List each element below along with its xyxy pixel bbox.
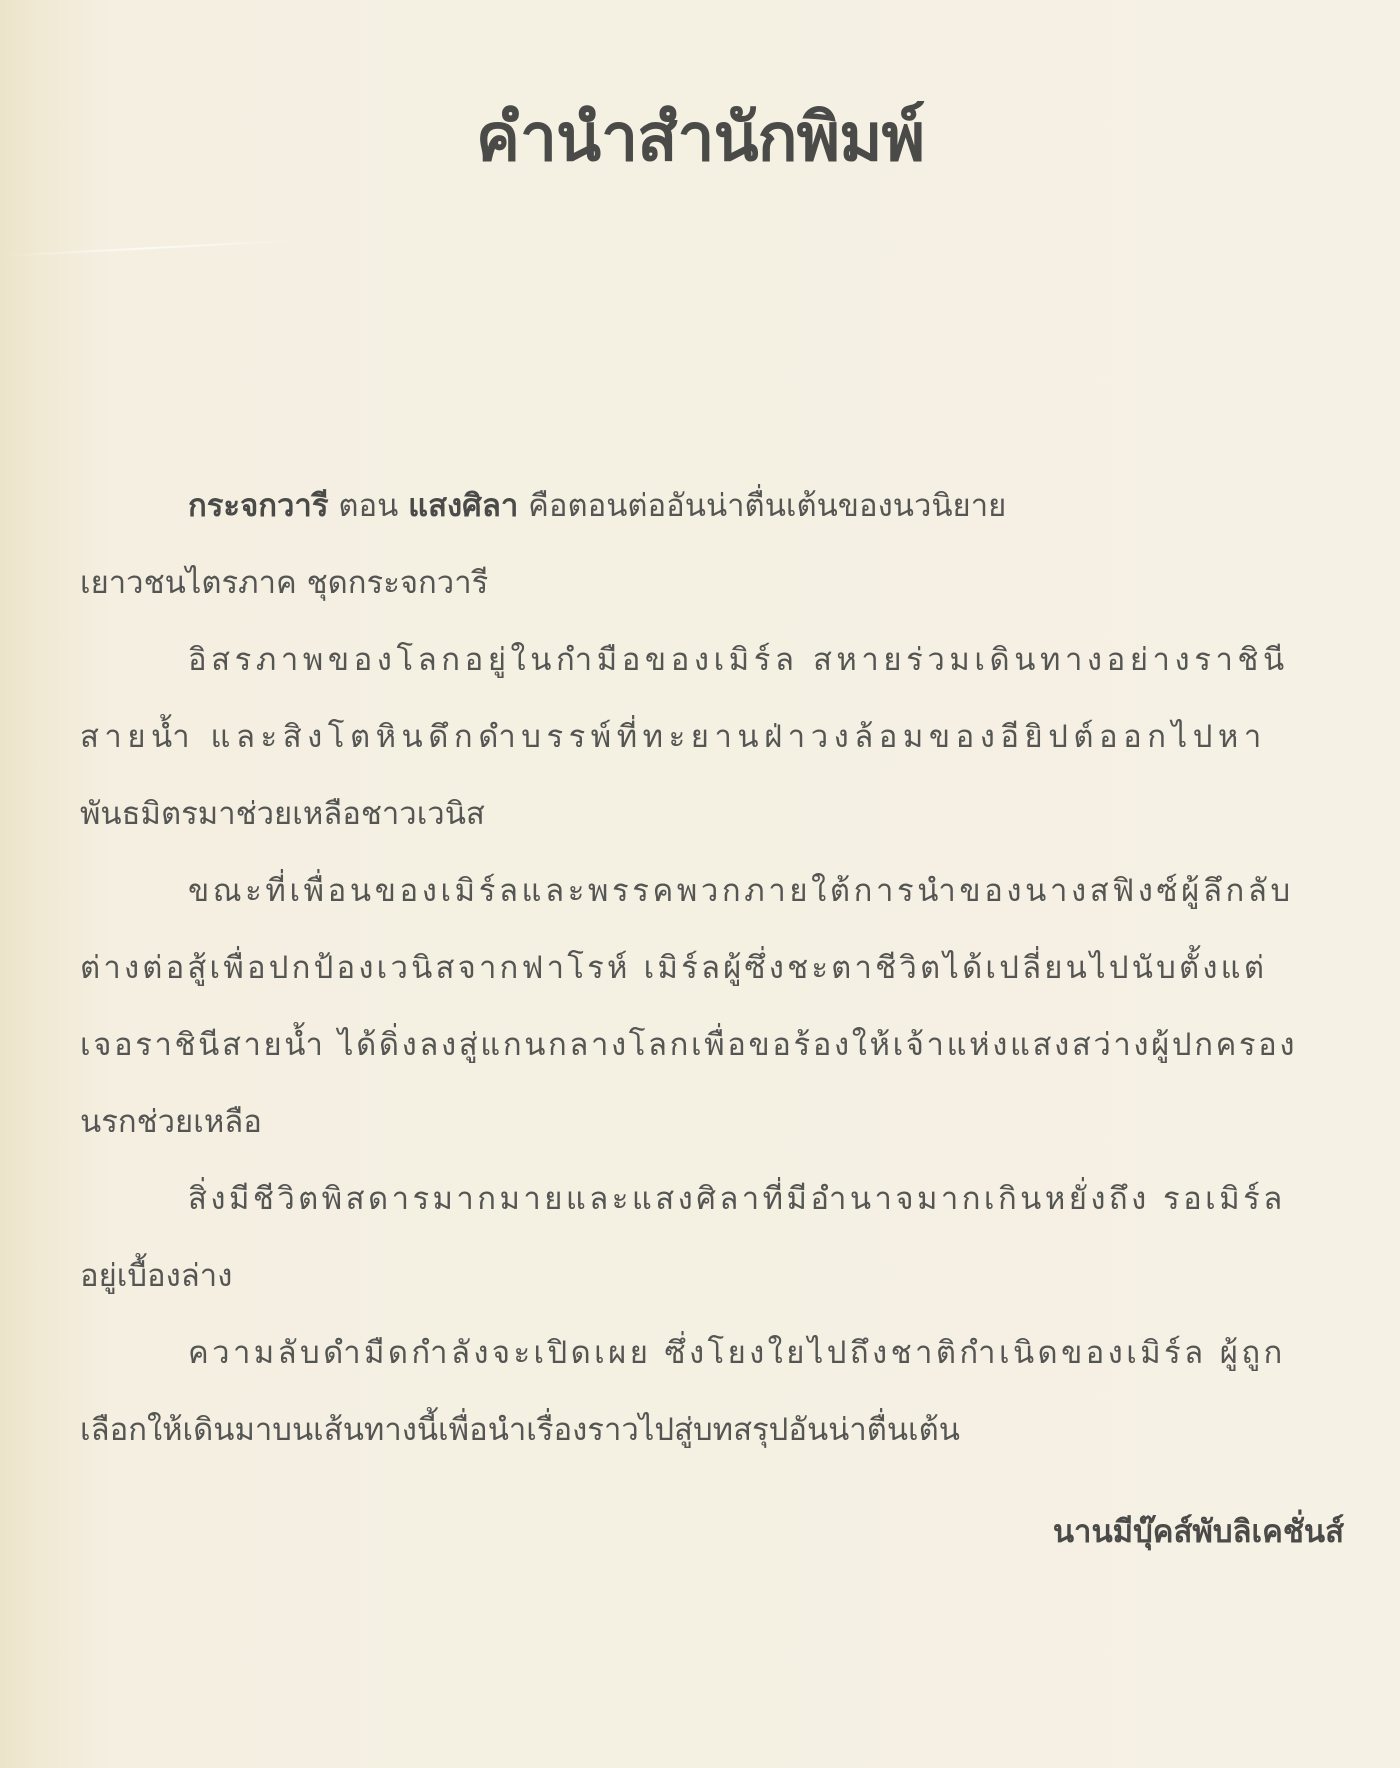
line-content: ต่างต่อสู้เพื่อปกป้องเวนิสจากฟาโรห์ เมิร… xyxy=(80,930,1267,1007)
line-content: อิสรภาพของโลกอยู่ในกำมือของเมิร์ล สหายร่… xyxy=(188,622,1289,699)
text-line: กระจกวารี ตอน แสงศิลา คือตอนต่ออันน่าตื่… xyxy=(80,468,1344,545)
paragraph: ขณะที่เพื่อนของเมิร์ลและพรรคพวกภายใต้การ… xyxy=(80,853,1344,1161)
page-title: คำนำสำนักพิมพ์ xyxy=(0,92,1400,182)
line-content: สิ่งมีชีวิตพิสดารมากมายและแสงศิลาที่มีอำ… xyxy=(188,1161,1286,1238)
body-text: สิ่งมีชีวิตพิสดารมากมายและแสงศิลาที่มีอำ… xyxy=(188,1181,1286,1217)
text-line: สายน้ำ และสิงโตหินดึกดำบรรพ์ที่ทะยานฝ่าว… xyxy=(80,699,1344,776)
text-line: เลือกให้เดินมาบนเส้นทางนี้เพื่อนำเรื่องร… xyxy=(80,1392,1344,1469)
paragraph: กระจกวารี ตอน แสงศิลา คือตอนต่ออันน่าตื่… xyxy=(80,468,1344,622)
body-text: ต่างต่อสู้เพื่อปกป้องเวนิสจากฟาโรห์ เมิร… xyxy=(80,950,1267,986)
text-line: พันธมิตรมาช่วยเหลือชาวเวนิส xyxy=(80,776,1344,853)
text-line: ความลับดำมืดกำลังจะเปิดเผย ซึ่งโยงใยไปถึ… xyxy=(80,1315,1344,1392)
body-text: ความลับดำมืดกำลังจะเปิดเผย ซึ่งโยงใยไปถึ… xyxy=(188,1335,1286,1371)
paragraph: อิสรภาพของโลกอยู่ในกำมือของเมิร์ล สหายร่… xyxy=(80,622,1344,853)
text-line: สิ่งมีชีวิตพิสดารมากมายและแสงศิลาที่มีอำ… xyxy=(80,1161,1344,1238)
line-content: เยาวชนไตรภาค ชุดกระจกวารี xyxy=(80,545,488,622)
publisher-signature: นานมีบุ๊คส์พับลิเคชั่นส์ xyxy=(1053,1502,1344,1562)
line-content: เจอราชินีสายน้ำ ได้ดิ่งลงสู่แกนกลางโลกเพ… xyxy=(80,1007,1297,1084)
bold-title-text: กระจกวารี xyxy=(188,488,328,524)
text-line: ต่างต่อสู้เพื่อปกป้องเวนิสจากฟาโรห์ เมิร… xyxy=(80,930,1344,1007)
text-line: เจอราชินีสายน้ำ ได้ดิ่งลงสู่แกนกลางโลกเพ… xyxy=(80,1007,1344,1084)
body-text: เยาวชนไตรภาค ชุดกระจกวารี xyxy=(80,565,488,601)
line-content: เลือกให้เดินมาบนเส้นทางนี้เพื่อนำเรื่องร… xyxy=(80,1392,960,1469)
body-text: สายน้ำ และสิงโตหินดึกดำบรรพ์ที่ทะยานฝ่าว… xyxy=(80,719,1267,755)
text-line: นรกช่วยเหลือ xyxy=(80,1084,1344,1161)
body-text: เจอราชินีสายน้ำ ได้ดิ่งลงสู่แกนกลางโลกเพ… xyxy=(80,1027,1297,1063)
body-text: นรกช่วยเหลือ xyxy=(80,1104,262,1140)
paragraph: สิ่งมีชีวิตพิสดารมากมายและแสงศิลาที่มีอำ… xyxy=(80,1161,1344,1315)
text-line: อยู่เบื้องล่าง xyxy=(80,1238,1344,1315)
line-content: ขณะที่เพื่อนของเมิร์ลและพรรคพวกภายใต้การ… xyxy=(188,853,1294,930)
line-content: พันธมิตรมาช่วยเหลือชาวเวนิส xyxy=(80,776,485,853)
line-content: อยู่เบื้องล่าง xyxy=(80,1238,232,1315)
line-content: นรกช่วยเหลือ xyxy=(80,1084,262,1161)
body-text: ขณะที่เพื่อนของเมิร์ลและพรรคพวกภายใต้การ… xyxy=(188,873,1294,909)
text-line: เยาวชนไตรภาค ชุดกระจกวารี xyxy=(80,545,1344,622)
body-text: อยู่เบื้องล่าง xyxy=(80,1258,232,1294)
foreword-body: กระจกวารี ตอน แสงศิลา คือตอนต่ออันน่าตื่… xyxy=(80,468,1344,1469)
body-text: อิสรภาพของโลกอยู่ในกำมือของเมิร์ล สหายร่… xyxy=(188,642,1289,678)
line-content: กระจกวารี ตอน แสงศิลา คือตอนต่ออันน่าตื่… xyxy=(188,468,1006,545)
text-line: อิสรภาพของโลกอยู่ในกำมือของเมิร์ล สหายร่… xyxy=(80,622,1344,699)
bold-title-text: แสงศิลา xyxy=(408,488,518,524)
body-text: คือตอนต่ออันน่าตื่นเต้นของนวนิยาย xyxy=(518,488,1006,524)
body-text: เลือกให้เดินมาบนเส้นทางนี้เพื่อนำเรื่องร… xyxy=(80,1412,960,1448)
line-content: สายน้ำ และสิงโตหินดึกดำบรรพ์ที่ทะยานฝ่าว… xyxy=(80,699,1267,776)
line-content: ความลับดำมืดกำลังจะเปิดเผย ซึ่งโยงใยไปถึ… xyxy=(188,1315,1286,1392)
body-text: พันธมิตรมาช่วยเหลือชาวเวนิส xyxy=(80,796,485,832)
paragraph: ความลับดำมืดกำลังจะเปิดเผย ซึ่งโยงใยไปถึ… xyxy=(80,1315,1344,1469)
body-text: ตอน xyxy=(328,488,408,524)
book-page: คำนำสำนักพิมพ์ กระจกวารี ตอน แสงศิลา คือ… xyxy=(0,0,1400,1768)
text-line: ขณะที่เพื่อนของเมิร์ลและพรรคพวกภายใต้การ… xyxy=(80,853,1344,930)
